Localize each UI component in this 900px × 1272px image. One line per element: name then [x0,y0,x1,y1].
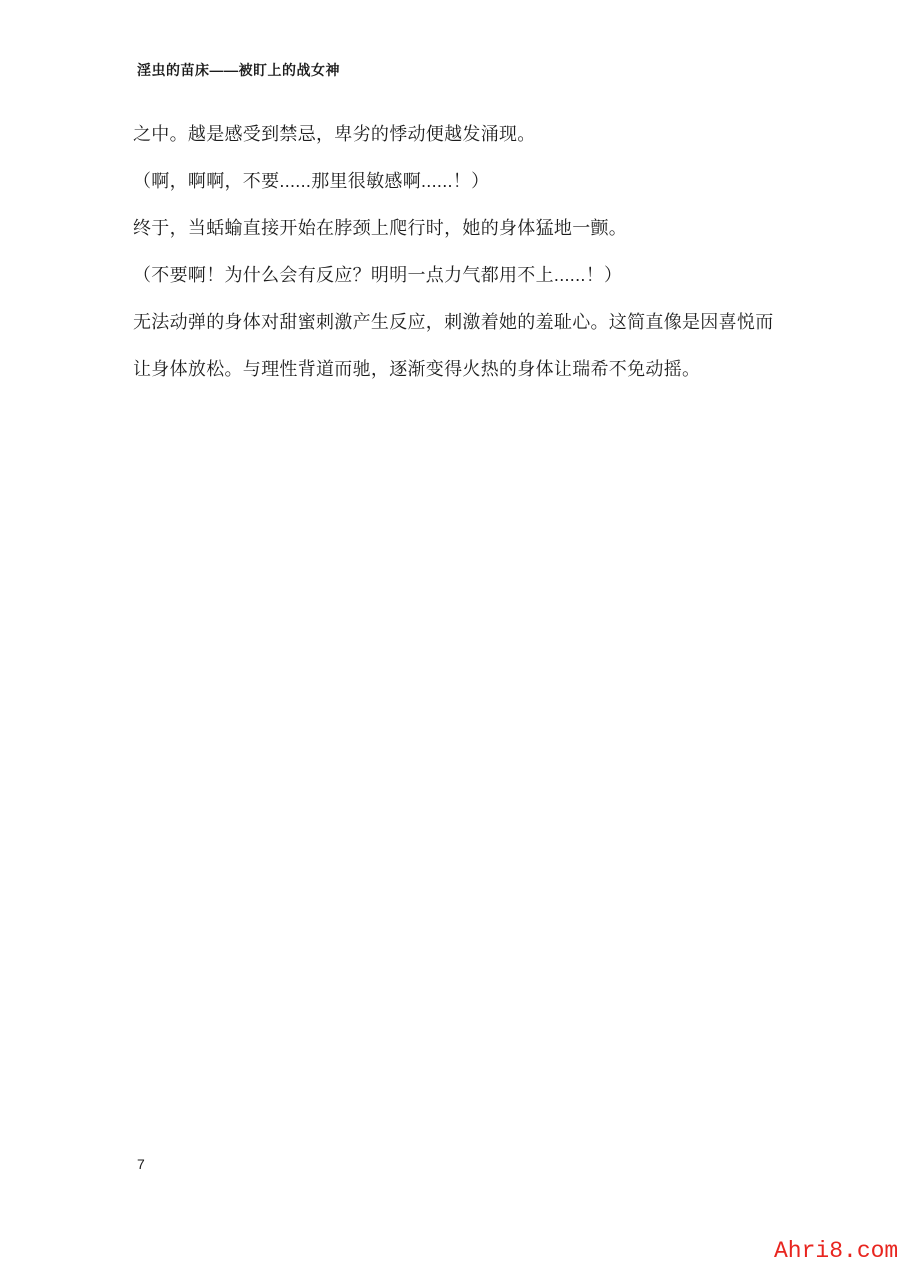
page-number: 7 [137,1156,145,1172]
site-watermark: Ahri8.com [774,1238,898,1264]
paragraph-line: 终于，当蛞蝓直接开始在脖颈上爬行时，她的身体猛地一颤。 [133,205,793,252]
document-header-title: 淫虫的苗床——被盯上的战女神 [137,60,340,80]
paragraph-line: （不要啊！为什么会有反应？明明一点力气都用不上......！） [133,252,793,299]
document-page: 淫虫的苗床——被盯上的战女神 之中。越是感受到禁忌，卑劣的悸动便越发涌现。 （啊… [0,0,900,1272]
document-body: 之中。越是感受到禁忌，卑劣的悸动便越发涌现。 （啊，啊啊，不要......那里很… [133,111,793,393]
paragraph-line: 无法动弹的身体对甜蜜刺激产生反应，刺激着她的羞耻心。这简直像是因喜悦而 [133,299,793,346]
paragraph-line: 让身体放松。与理性背道而驰，逐渐变得火热的身体让瑞希不免动摇。 [133,346,793,393]
paragraph-line: （啊，啊啊，不要......那里很敏感啊......！） [133,158,793,205]
paragraph-line: 之中。越是感受到禁忌，卑劣的悸动便越发涌现。 [133,111,793,158]
